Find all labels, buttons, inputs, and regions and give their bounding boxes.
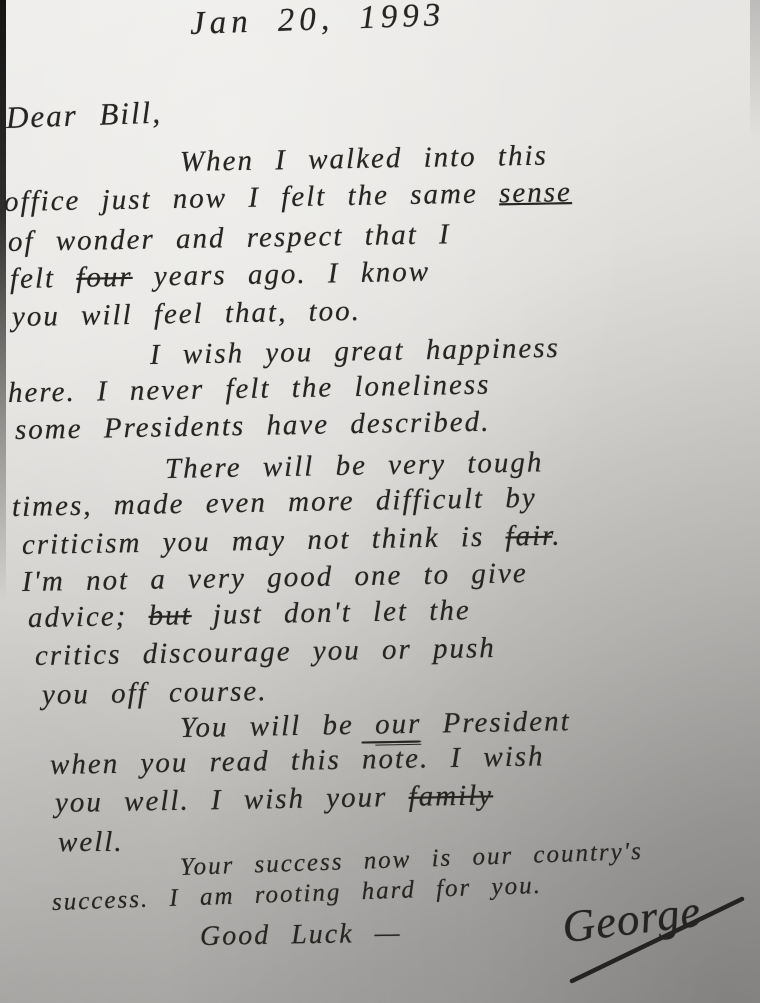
letter-word-decorated: family (408, 779, 493, 812)
letter-word-decorated: but (148, 599, 192, 632)
letter-text: times, made even more difficult by (12, 482, 537, 523)
letter-line-p4-l4: well. (58, 826, 124, 859)
letter-word-decorated: four (76, 261, 133, 294)
letter-text: years ago. I know (132, 256, 430, 293)
letter-text: Good Luck — (200, 917, 402, 952)
letter-text: I'm not a very good one to give (22, 557, 528, 598)
letter-line-p3-l3: criticism you may not think is fair. (22, 520, 562, 562)
letter-line-p2-l3: some Presidents have described. (15, 406, 491, 447)
letter-word-decorated: fair (505, 520, 552, 553)
letter-line-p1-l5: you will feel that, too. (12, 295, 361, 334)
letter-text: you well. I wish your (55, 781, 409, 819)
letter-line-p2-l2: here. I never felt the loneliness (8, 369, 491, 410)
letter-text: you will feel that, too. (12, 295, 361, 333)
letter-line-p3-l4: I'm not a very good one to give (22, 557, 528, 599)
letter-line-p1-l2: office just now I felt the same sense (4, 176, 572, 219)
letter-line-p3-l5: advice; but just don't let the (28, 594, 471, 635)
letter-text: here. I never felt the loneliness (8, 369, 491, 409)
letter-line-p3-l1: There will be very tough (165, 446, 544, 486)
letter-text: President (421, 705, 571, 740)
letter-line-salutation: Dear Bill, (5, 95, 162, 136)
letter-text: Dear Bill, (5, 95, 162, 135)
letter-line-p1-l4: felt four years ago. I know (10, 256, 431, 296)
letter-word-decorated: sense (499, 176, 572, 209)
letter-text: you off course. (42, 675, 268, 711)
letter-text: some Presidents have described. (15, 406, 491, 446)
letter-text: . I wish (420, 740, 545, 774)
letter-line-p3-l7: you off course. (42, 675, 268, 712)
letter-text: when you read this (50, 744, 363, 781)
letter-line-p3-l2: times, made even more difficult by (12, 482, 537, 524)
letter-line-p5-l1: Your success now is our country's (180, 838, 644, 882)
signature-flourish (550, 885, 755, 990)
letter-line-p1-l1: When I walked into this (180, 140, 548, 179)
letter-text: Your success now is our country's (180, 838, 644, 881)
letter-text: advice; (28, 600, 149, 634)
signature: George (550, 885, 755, 990)
letter-word-decorated: note (362, 743, 420, 776)
letter-word-decorated: our (375, 708, 422, 746)
letter-line-p4-l3: you well. I wish your family (55, 779, 494, 820)
letter-line-date: Jan 20, 1993 (189, 0, 446, 43)
letter-text: felt (10, 262, 77, 295)
letter-text: office just now I felt the same (4, 177, 500, 218)
letter-text: just don't let the (191, 594, 471, 631)
letter-text: . (552, 520, 562, 552)
letter-page: Jan 20, 1993Dear Bill,When I walked into… (0, 0, 760, 1003)
letter-text: of wonder and respect that I (8, 218, 451, 258)
letter-line-closing: Good Luck — (200, 917, 402, 953)
letter-line-p4-l2: when you read this note. I wish (50, 740, 545, 782)
letter-text: well. (58, 826, 124, 858)
letter-text: There will be very tough (165, 446, 544, 485)
letter-line-p4-l1: You will be our President (180, 705, 571, 745)
letter-text: When I walked into this (180, 140, 548, 178)
letter-text: critics discourage you or push (35, 632, 496, 672)
letter-text: Jan 20, 1993 (189, 0, 446, 42)
letter-text: criticism you may not think is (22, 521, 506, 561)
letter-line-p3-l6: critics discourage you or push (35, 632, 496, 673)
letter-text: You will be (180, 709, 376, 744)
letter-text: success. I am rooting hard for you. (52, 872, 543, 916)
letter-photo: Jan 20, 1993Dear Bill,When I walked into… (0, 0, 760, 1003)
letter-line-p1-l3: of wonder and respect that I (8, 218, 451, 259)
letter-line-p2-l1: I wish you great happiness (150, 332, 560, 372)
letter-line-p5-l2: success. I am rooting hard for you. (52, 872, 543, 917)
letter-text: I wish you great happiness (150, 332, 560, 371)
